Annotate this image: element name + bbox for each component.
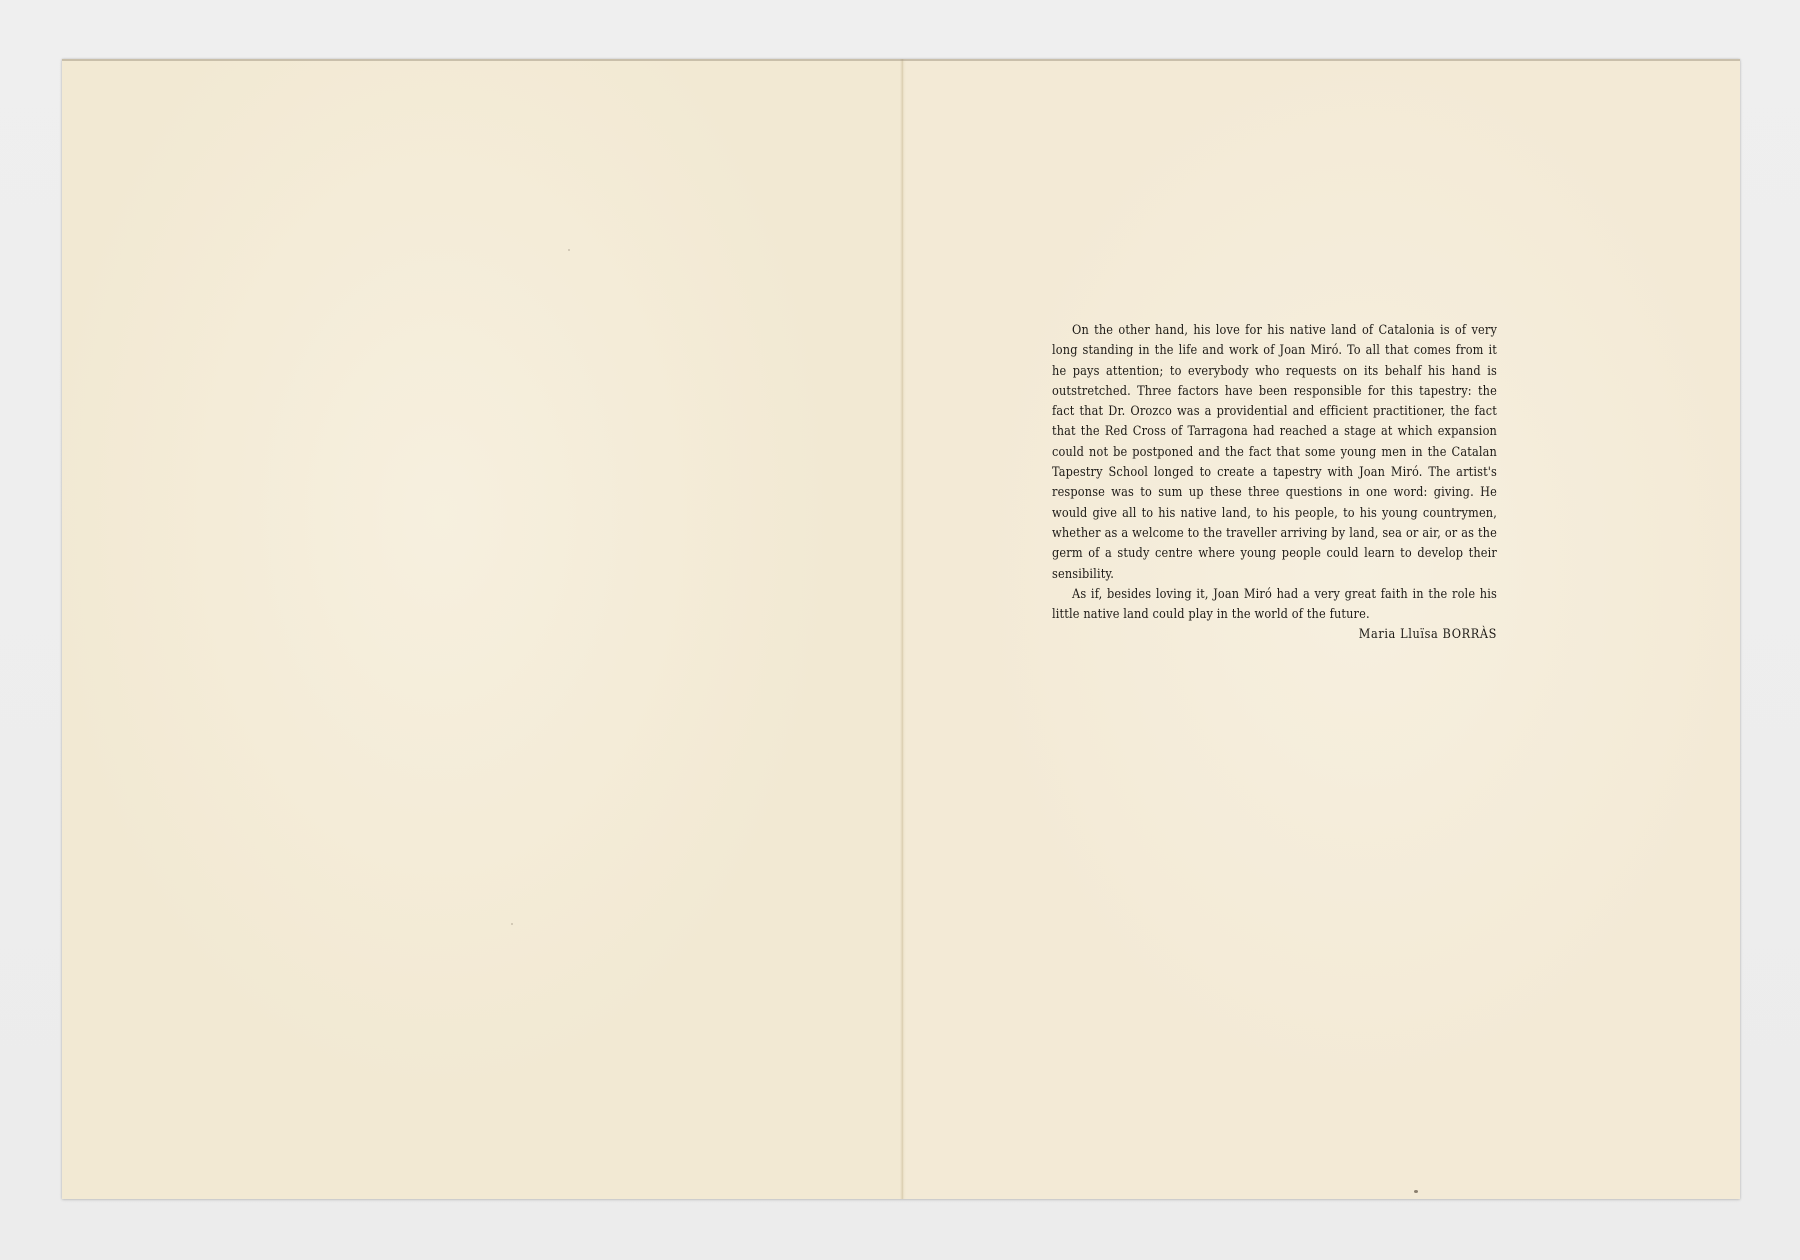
paper-speck — [1414, 1190, 1418, 1193]
essay-text-block: On the other hand, his love for his nati… — [1052, 320, 1497, 645]
paper-speck — [568, 249, 570, 251]
author-signature: Maria Lluïsa BORRÀS — [1052, 624, 1497, 644]
left-page — [62, 59, 903, 1199]
booklet-spread: On the other hand, his love for his nati… — [62, 59, 1740, 1199]
top-edge-shadow — [62, 59, 1740, 61]
center-fold — [900, 59, 906, 1199]
paragraph-2: As if, besides loving it, Joan Miró had … — [1052, 584, 1497, 625]
paper-speck — [511, 923, 513, 925]
paragraph-1: On the other hand, his love for his nati… — [1052, 320, 1497, 584]
